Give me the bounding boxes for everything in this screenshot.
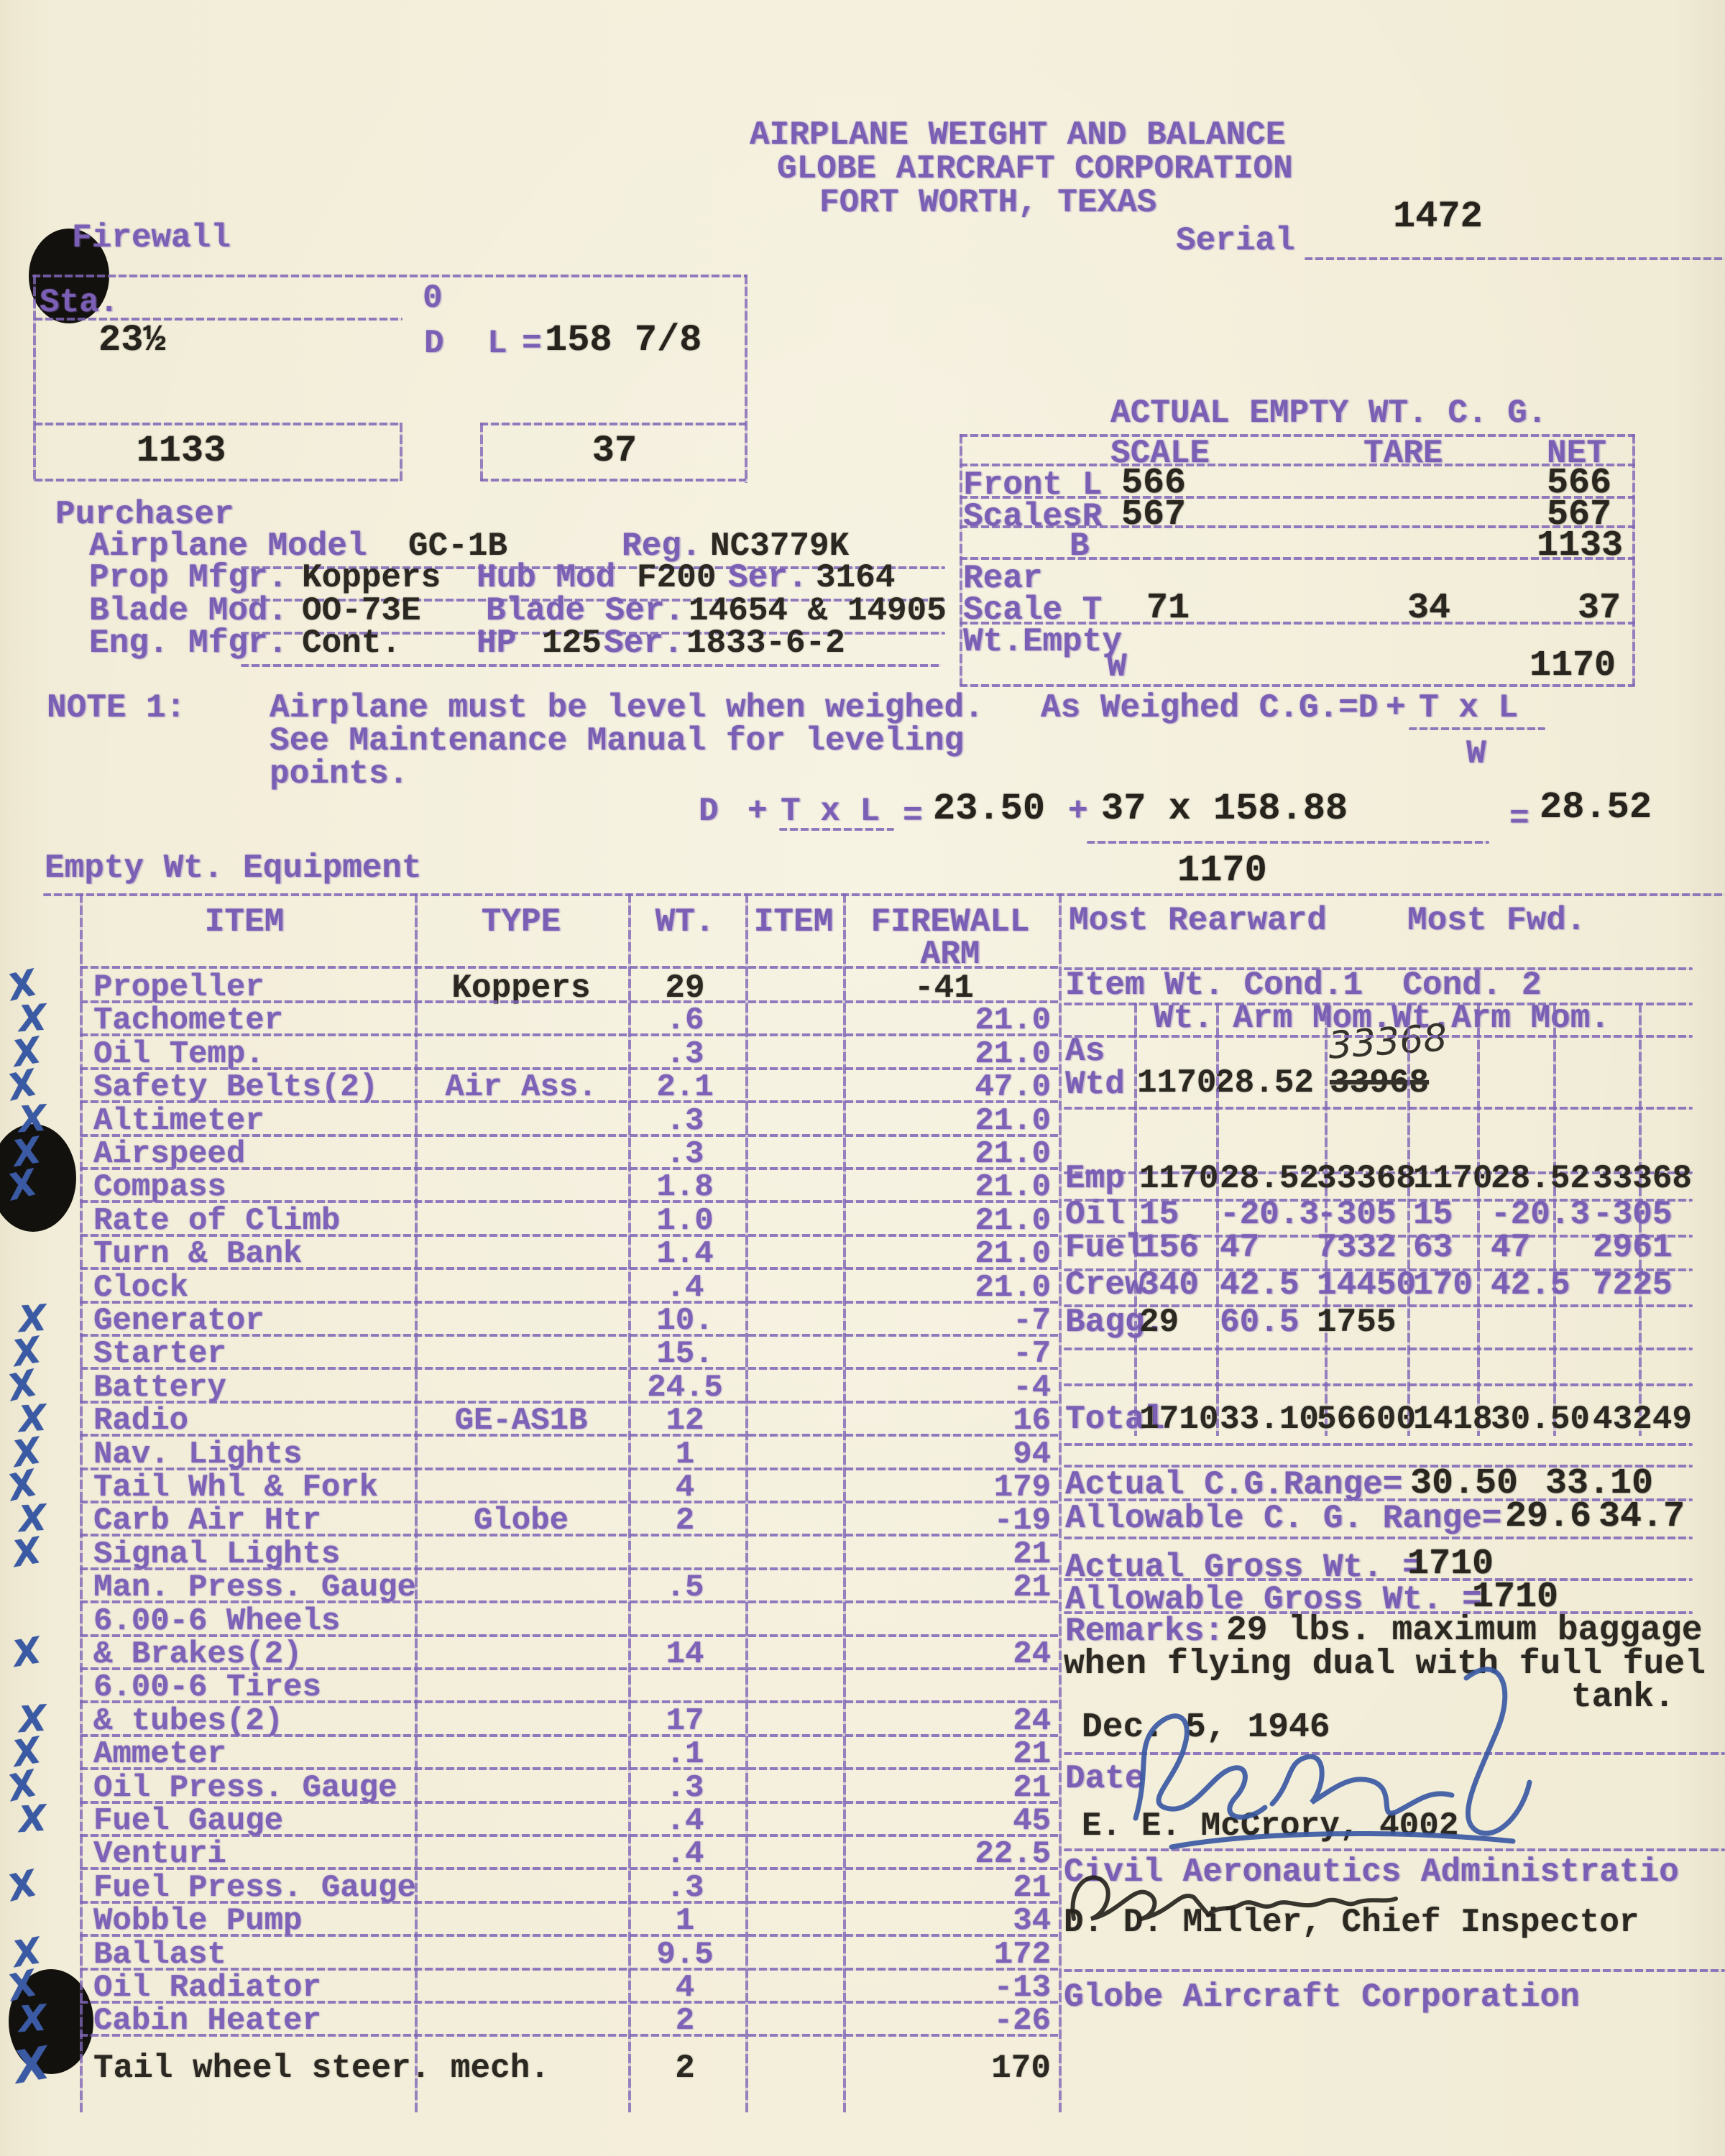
firewall-label: Firewall (72, 221, 231, 254)
table-top-line (43, 893, 1725, 896)
allowable-gross-wt-value: 1710 (1472, 1580, 1558, 1616)
equip-item: Rate of Climb (93, 1205, 340, 1237)
formula-d: D (699, 795, 719, 828)
loading-row-value: 15 (1139, 1198, 1179, 1231)
note-txl: T x L (1419, 691, 1518, 724)
miller-signature (1061, 1861, 1406, 1940)
cg-rear-net: 37 (1578, 591, 1621, 627)
cg-top (960, 434, 1635, 437)
equip-arm: 21 (1013, 1738, 1051, 1770)
equip-arm: 94 (1013, 1439, 1051, 1470)
dimension-d-label: D (424, 327, 444, 360)
equip-wt: 1.8 (656, 1171, 713, 1203)
equip-item: Starter (93, 1338, 226, 1370)
equip-item: Turn & Bank (93, 1238, 302, 1270)
equip-wt: 1 (676, 1439, 694, 1470)
loading-row-value: 1170 (1413, 1162, 1492, 1195)
equip-item: 6.00-6 Wheels (93, 1606, 340, 1637)
equip-item: Tail wheel steer. mech. (93, 2052, 550, 2085)
loading-row-label: Oil (1065, 1198, 1125, 1231)
loading-row-value: 2961 (1593, 1231, 1672, 1264)
front-scale-box-top (34, 423, 401, 425)
loading-grid-v0 (1134, 1003, 1137, 1436)
loading-header-rearward: Most Rearward (1069, 904, 1327, 937)
equip-row-line (80, 1167, 1059, 1170)
loading-row-value: 1418 (1413, 1403, 1492, 1436)
check-mark: X (17, 1797, 48, 1841)
equip-row-line (80, 1267, 1059, 1270)
formula-result: 28.52 (1540, 789, 1652, 826)
actual-cg-range-label: Actual C.G.Range= (1065, 1468, 1402, 1501)
allowable-cg-range-label: Allowable C. G. Range= (1065, 1502, 1501, 1535)
equip-row-line (80, 1367, 1059, 1370)
purchaser-v3-1: 3164 (816, 561, 895, 594)
equip-arm: 34 (1013, 1905, 1051, 1937)
equip-wt: 2 (676, 2005, 694, 2037)
equip-header-firewall: FIREWALL (871, 906, 1030, 939)
equip-row-line (80, 1334, 1059, 1337)
note-text3: points. (270, 757, 408, 791)
loading-grid-v1 (1216, 1003, 1219, 1436)
purchaser-l1-2: Blade Mod. (89, 594, 287, 627)
equip-wt: 4 (676, 1972, 694, 2004)
equip-arm: 47.0 (975, 1072, 1051, 1103)
equip-item: Safety Belts(2) (93, 1072, 378, 1103)
loading-grid-v4 (1477, 1003, 1480, 1436)
equip-row-line (80, 1734, 1059, 1737)
equip-wt: .4 (666, 1805, 704, 1837)
cg-empty-label: Wt.Empty (963, 625, 1122, 658)
purchaser-v1-2: OO-73E (302, 594, 421, 627)
loading-row-value: -20.3 (1220, 1198, 1319, 1231)
purchaser-label: Purchaser (55, 498, 234, 531)
loading-row-value: 43249 (1593, 1403, 1692, 1436)
sta-label: Sta. (40, 286, 119, 319)
loading-row-label: Crew (1065, 1268, 1144, 1302)
as-weighed-wt: 1170 (1137, 1067, 1216, 1100)
purchaser-l3-1: Ser. (728, 561, 807, 594)
purchaser-l1-0: Airplane Model (89, 530, 367, 563)
equip-item: Tachometer (93, 1005, 283, 1036)
tail-scale-reading: 37 (592, 433, 637, 470)
equip-arm: 21.0 (975, 1105, 1051, 1137)
purchaser-l2-3: HP (477, 627, 516, 660)
diagram-left-edge (33, 275, 36, 482)
note-label: NOTE 1: (47, 691, 185, 724)
equip-arm: 21.0 (975, 1138, 1051, 1170)
equip-wt: .3 (666, 1038, 704, 1070)
equip-type: Air Ass. (445, 1072, 597, 1103)
cg-table-title: ACTUAL EMPTY WT. C. G. (1110, 397, 1547, 430)
equip-row-line (80, 2034, 1059, 2037)
equip-row-line (80, 1934, 1059, 1937)
equip-arm: 170 (991, 2052, 1051, 2085)
equip-arm: 21.0 (975, 1272, 1051, 1304)
diagram-top-line (32, 275, 747, 277)
purchaser-v1-3: Cont. (302, 627, 401, 660)
equip-item: 6.00-6 Tires (93, 1672, 321, 1703)
equip-arm: 179 (994, 1472, 1051, 1503)
as-weighed-mom-struck: 33968 (1330, 1067, 1429, 1100)
loading-cond-header: Item Wt. Cond.1 Cond. 2 (1065, 969, 1542, 1002)
equip-item: Altimeter (93, 1105, 264, 1137)
equip-arm: 24 (1013, 1705, 1051, 1737)
loading-row-line16 (1064, 1611, 1693, 1614)
purchaser-v3-3: 1833-6-2 (686, 627, 845, 660)
front-scale-box-bottom (34, 479, 401, 482)
cg-front-label: Front L (963, 469, 1102, 502)
equip-wt: 14 (666, 1639, 704, 1670)
equip-wt: 4 (676, 1472, 694, 1503)
cg-b-net: 1133 (1537, 528, 1623, 564)
cg-empty-net: 1170 (1529, 648, 1616, 684)
mccrory-signature (1092, 1639, 1596, 1869)
equip-arm: 21.0 (975, 1005, 1051, 1036)
serial-value: 1472 (1393, 198, 1483, 236)
purchaser-l2-0: Reg. (622, 530, 701, 563)
sta-underline (34, 318, 402, 321)
cg-rear2-label: Scale T (963, 594, 1102, 627)
equip-item: Battery (93, 1372, 226, 1404)
loading-row-value: -305 (1593, 1198, 1672, 1231)
equip-arm: 24 (1013, 1639, 1051, 1670)
loading-wtd-label: Wtd (1065, 1068, 1125, 1101)
equip-item: & Brakes(2) (93, 1639, 302, 1670)
loading-row-value: 33.10 (1220, 1403, 1319, 1436)
formula-v1: 23.50 (933, 791, 1045, 828)
equip-wt: .3 (666, 1772, 704, 1804)
purchaser-l2-1: Hub Mod (477, 561, 615, 594)
loading-row-value: 28.52 (1220, 1162, 1319, 1195)
loading-row-value: 1170 (1139, 1162, 1218, 1195)
cg-w-label: W (1107, 650, 1127, 683)
loading-row-line1 (1064, 1003, 1693, 1005)
equip-arm: 21.0 (975, 1205, 1051, 1237)
loading-row-line15 (1064, 1578, 1693, 1581)
equip-wt: 1.4 (656, 1238, 713, 1270)
formula-fraction-bar (1087, 841, 1489, 844)
note-as-weighed: As Weighed C.G.=D (1041, 691, 1378, 724)
loading-row-value: 340 (1139, 1268, 1199, 1302)
equip-header-wt: WT. (655, 906, 715, 939)
purchaser-l1-3: Eng. Mfgr. (89, 627, 287, 660)
loading-row-label: Fuel (1065, 1231, 1144, 1264)
equip-item: Airspeed (93, 1138, 245, 1170)
equip-wt: 17 (666, 1705, 704, 1737)
formula-numerator: 37 x 158.88 (1101, 791, 1348, 828)
equip-wt: .6 (666, 1005, 704, 1036)
loading-row-value: -20.3 (1491, 1198, 1590, 1231)
formula-plus2: + (1068, 795, 1088, 828)
equip-item: Nav. Lights (93, 1439, 302, 1470)
loading-row-value: 33368 (1593, 1162, 1692, 1195)
formula-eq2: = (1509, 802, 1529, 835)
equip-item: Propeller (93, 972, 264, 1003)
loading-row-value: 56600 (1317, 1403, 1416, 1436)
tail-scale-box-bottom (480, 479, 746, 482)
equip-wt: 2 (676, 1505, 694, 1537)
equipment-title: Empty Wt. Equipment (45, 852, 422, 885)
equip-wt: 12 (666, 1405, 704, 1437)
equip-header-line (80, 966, 1059, 969)
check-mark: X (17, 1997, 48, 2041)
equip-header-type: TYPE (482, 906, 561, 939)
dimension-l-label: L (487, 327, 507, 360)
allowable-cg-range-v1: 29.6 (1505, 1499, 1591, 1535)
equip-item: Oil Temp. (93, 1038, 264, 1070)
dimension-equals: = (522, 327, 542, 360)
sta-zero-value: 0 (423, 282, 443, 315)
equip-arm: -13 (994, 1972, 1051, 2004)
allowable-cg-range-v2: 34.7 (1598, 1499, 1685, 1535)
purchaser-l1-1: Prop Mfgr. (89, 561, 287, 594)
note-plus: + (1386, 691, 1406, 724)
serial-underline (1305, 257, 1725, 260)
equip-item: Oil Radiator (93, 1972, 321, 2004)
loading-row-value: 29 (1139, 1306, 1179, 1339)
purchaser-v2-2: 14654 & 14905 (689, 594, 947, 627)
equip-item: Clock (93, 1272, 188, 1304)
loading-row-line11 (1064, 1443, 1693, 1446)
purchaser-l2-2: Blade Ser. (486, 594, 684, 627)
loading-as-label: As (1065, 1035, 1105, 1068)
dimension-d-value: 23½ (98, 322, 166, 359)
loading-row-value: -305 (1317, 1198, 1396, 1231)
diagram-right-edge (745, 275, 747, 483)
equip-wt: .3 (666, 1105, 704, 1137)
as-weighed-mom-handwritten: 33368 (1327, 1016, 1448, 1067)
note-fraction-bar (1409, 727, 1545, 730)
equip-type: GE-AS1B (455, 1405, 588, 1437)
loading-row-value: 28.52 (1491, 1162, 1590, 1195)
equip-arm: 21 (1013, 1772, 1051, 1804)
cg-right-border (1632, 434, 1635, 686)
org2-topline (1064, 1969, 1725, 1972)
loading-row-line9 (1064, 1347, 1693, 1350)
equip-item: Ballast (93, 1939, 226, 1971)
equip-row-line (80, 1834, 1059, 1837)
equip-item: Man. Press. Gauge (93, 1572, 416, 1603)
as-weighed-arm: 28.52 (1215, 1067, 1314, 1100)
loading-row-value: 1755 (1317, 1306, 1396, 1339)
loading-row-line14 (1064, 1537, 1693, 1539)
loading-row-label: Emp (1065, 1162, 1125, 1195)
formula-txl: T x L (781, 795, 880, 828)
dimension-l-value: 158 7/8 (545, 322, 701, 359)
equip-header-item: ITEM (205, 906, 284, 939)
equip-arm: 21.0 (975, 1171, 1051, 1203)
cg-rear-tare: 34 (1407, 591, 1450, 627)
check-mark: X (4, 1862, 41, 1909)
cg-rear-scale: 71 (1146, 591, 1190, 627)
loading-row-line0 (1064, 967, 1693, 970)
loading-row-line12 (1064, 1465, 1693, 1468)
purchaser-v1-0: GC-1B (408, 530, 507, 563)
formula-eq1: = (903, 799, 923, 832)
equip-arm: -7 (1013, 1305, 1051, 1337)
equip-item: Tail Whl & Fork (93, 1472, 378, 1503)
purchaser-line-4 (241, 664, 942, 667)
loading-row-value: 47 (1491, 1231, 1530, 1264)
loading-row-value: 15 (1413, 1198, 1453, 1231)
equip-item: Signal Lights (93, 1539, 340, 1570)
loading-row-value: 47 (1220, 1231, 1259, 1264)
equip-wt: 9.5 (656, 1939, 713, 1971)
equip-item: & tubes(2) (93, 1705, 283, 1737)
equip-wt: 24.5 (647, 1372, 723, 1404)
formula-txl-underline (779, 828, 894, 831)
equip-arm: 21 (1013, 1872, 1051, 1904)
equip-wt: 1 (676, 1905, 694, 1937)
equip-header-item2: ITEM (754, 906, 833, 939)
equip-wt: 2.1 (656, 1072, 713, 1103)
equip-wt: .3 (666, 1138, 704, 1170)
front-scale-reading: 1133 (137, 433, 226, 470)
equip-arm: -4 (1013, 1372, 1051, 1404)
loading-row-value: 33368 (1317, 1162, 1416, 1195)
equip-item: Fuel Press. Gauge (93, 1872, 416, 1904)
tail-scale-box-left (480, 423, 483, 482)
actual-cg-range-v1: 30.50 (1410, 1466, 1518, 1502)
cg-line-4 (960, 557, 1635, 560)
document-page: AIRPLANE WEIGHT AND BALANCE GLOBE AIRCRA… (0, 0, 1725, 2156)
loading-row-value: 156 (1139, 1231, 1199, 1264)
cg-rear-label: Rear (963, 562, 1042, 595)
loading-row-value: 7225 (1593, 1268, 1672, 1302)
loading-grid-v3 (1407, 1003, 1410, 1436)
note-text1: Airplane must be level when weighed. (270, 691, 984, 724)
formula-plus1: + (747, 795, 768, 828)
equip-item: Radio (93, 1405, 188, 1437)
equip-item: Carb Air Htr (93, 1505, 321, 1537)
loading-row-value: 14450 (1317, 1268, 1416, 1302)
check-mark: X (9, 1629, 44, 1675)
equip-wt: .1 (666, 1738, 704, 1770)
tail-scale-box-top (480, 423, 746, 425)
org2-name: Globe Aircraft Corporation (1064, 1981, 1580, 2014)
purchaser-v1-1: Koppers (302, 561, 441, 594)
equip-item: Compass (93, 1171, 226, 1203)
equip-arm: 21 (1013, 1539, 1051, 1570)
equip-arm: 21.0 (975, 1238, 1051, 1270)
equip-arm: 172 (994, 1939, 1051, 1971)
form-title-line2: GLOBE AIRCRAFT CORPORATION (777, 152, 1293, 185)
equip-item: Generator (93, 1305, 264, 1337)
equip-arm: 45 (1013, 1805, 1051, 1837)
loading-row-line10 (1064, 1383, 1693, 1386)
loading-header-fwd: Most Fwd. (1407, 904, 1586, 937)
loading-row-value: 1710 (1139, 1403, 1218, 1436)
loading-row-line13 (1064, 1498, 1693, 1501)
equip-wt: .5 (666, 1572, 704, 1603)
loading-row-line3 (1064, 1107, 1693, 1110)
equip-wt: .3 (666, 1872, 704, 1904)
equip-wt: 10. (656, 1305, 713, 1337)
cg-left-border (960, 434, 962, 686)
equip-wt: 15. (656, 1338, 713, 1370)
loading-row-value: 63 (1413, 1231, 1453, 1264)
equip-item: Fuel Gauge (93, 1805, 283, 1837)
loading-row-value: 60.5 (1220, 1306, 1299, 1339)
equip-arm: 21.0 (975, 1038, 1051, 1070)
equip-wt: 2 (675, 2052, 695, 2085)
cg-col-tare: TARE (1363, 437, 1443, 470)
loading-row-value: 7332 (1317, 1231, 1396, 1264)
equip-wt: .4 (666, 1838, 704, 1870)
purchaser-l3-3: Ser. (604, 627, 683, 660)
equip-arm: -19 (994, 1505, 1051, 1537)
purchaser-v2-1: F200 (637, 561, 716, 594)
form-title-line3: FORT WORTH, TEXAS (819, 186, 1156, 219)
loading-row-value: 42.5 (1220, 1268, 1299, 1302)
equip-item: Oil Press. Gauge (93, 1772, 397, 1804)
purchaser-v2-0: NC3779K (710, 530, 849, 563)
equip-item: Wobble Pump (93, 1905, 302, 1937)
equip-item: Cabin Heater (93, 2005, 321, 2037)
form-title-line1: AIRPLANE WEIGHT AND BALANCE (750, 119, 1285, 152)
purchaser-v2-3: 125 (542, 627, 602, 660)
equip-item: Ammeter (93, 1738, 226, 1770)
equip-type: Globe (474, 1505, 569, 1537)
equip-wt: 1.0 (656, 1205, 713, 1237)
equip-arm: 16 (1013, 1405, 1051, 1437)
loading-row-value: 42.5 (1491, 1268, 1570, 1302)
equip-arm: 21 (1013, 1572, 1051, 1603)
note-w: W (1466, 737, 1486, 770)
cg-right-scale: 567 (1121, 497, 1186, 533)
front-scale-box-right (400, 423, 402, 482)
equip-arm: -7 (1013, 1338, 1051, 1370)
equip-arm: 22.5 (975, 1838, 1051, 1870)
equip-item: Venturi (93, 1838, 226, 1870)
cg-b-label: B (1069, 530, 1090, 563)
equip-arm: -26 (994, 2005, 1051, 2037)
loading-row-value: 170 (1413, 1268, 1473, 1302)
loading-row-value: 30.50 (1491, 1403, 1590, 1436)
equip-wt: .4 (666, 1272, 704, 1304)
note-text2: See Maintenance Manual for leveling (270, 724, 964, 757)
formula-denominator: 1170 (1177, 852, 1267, 890)
serial-label: Serial (1176, 224, 1295, 257)
loading-row-line2 (1064, 1035, 1693, 1038)
